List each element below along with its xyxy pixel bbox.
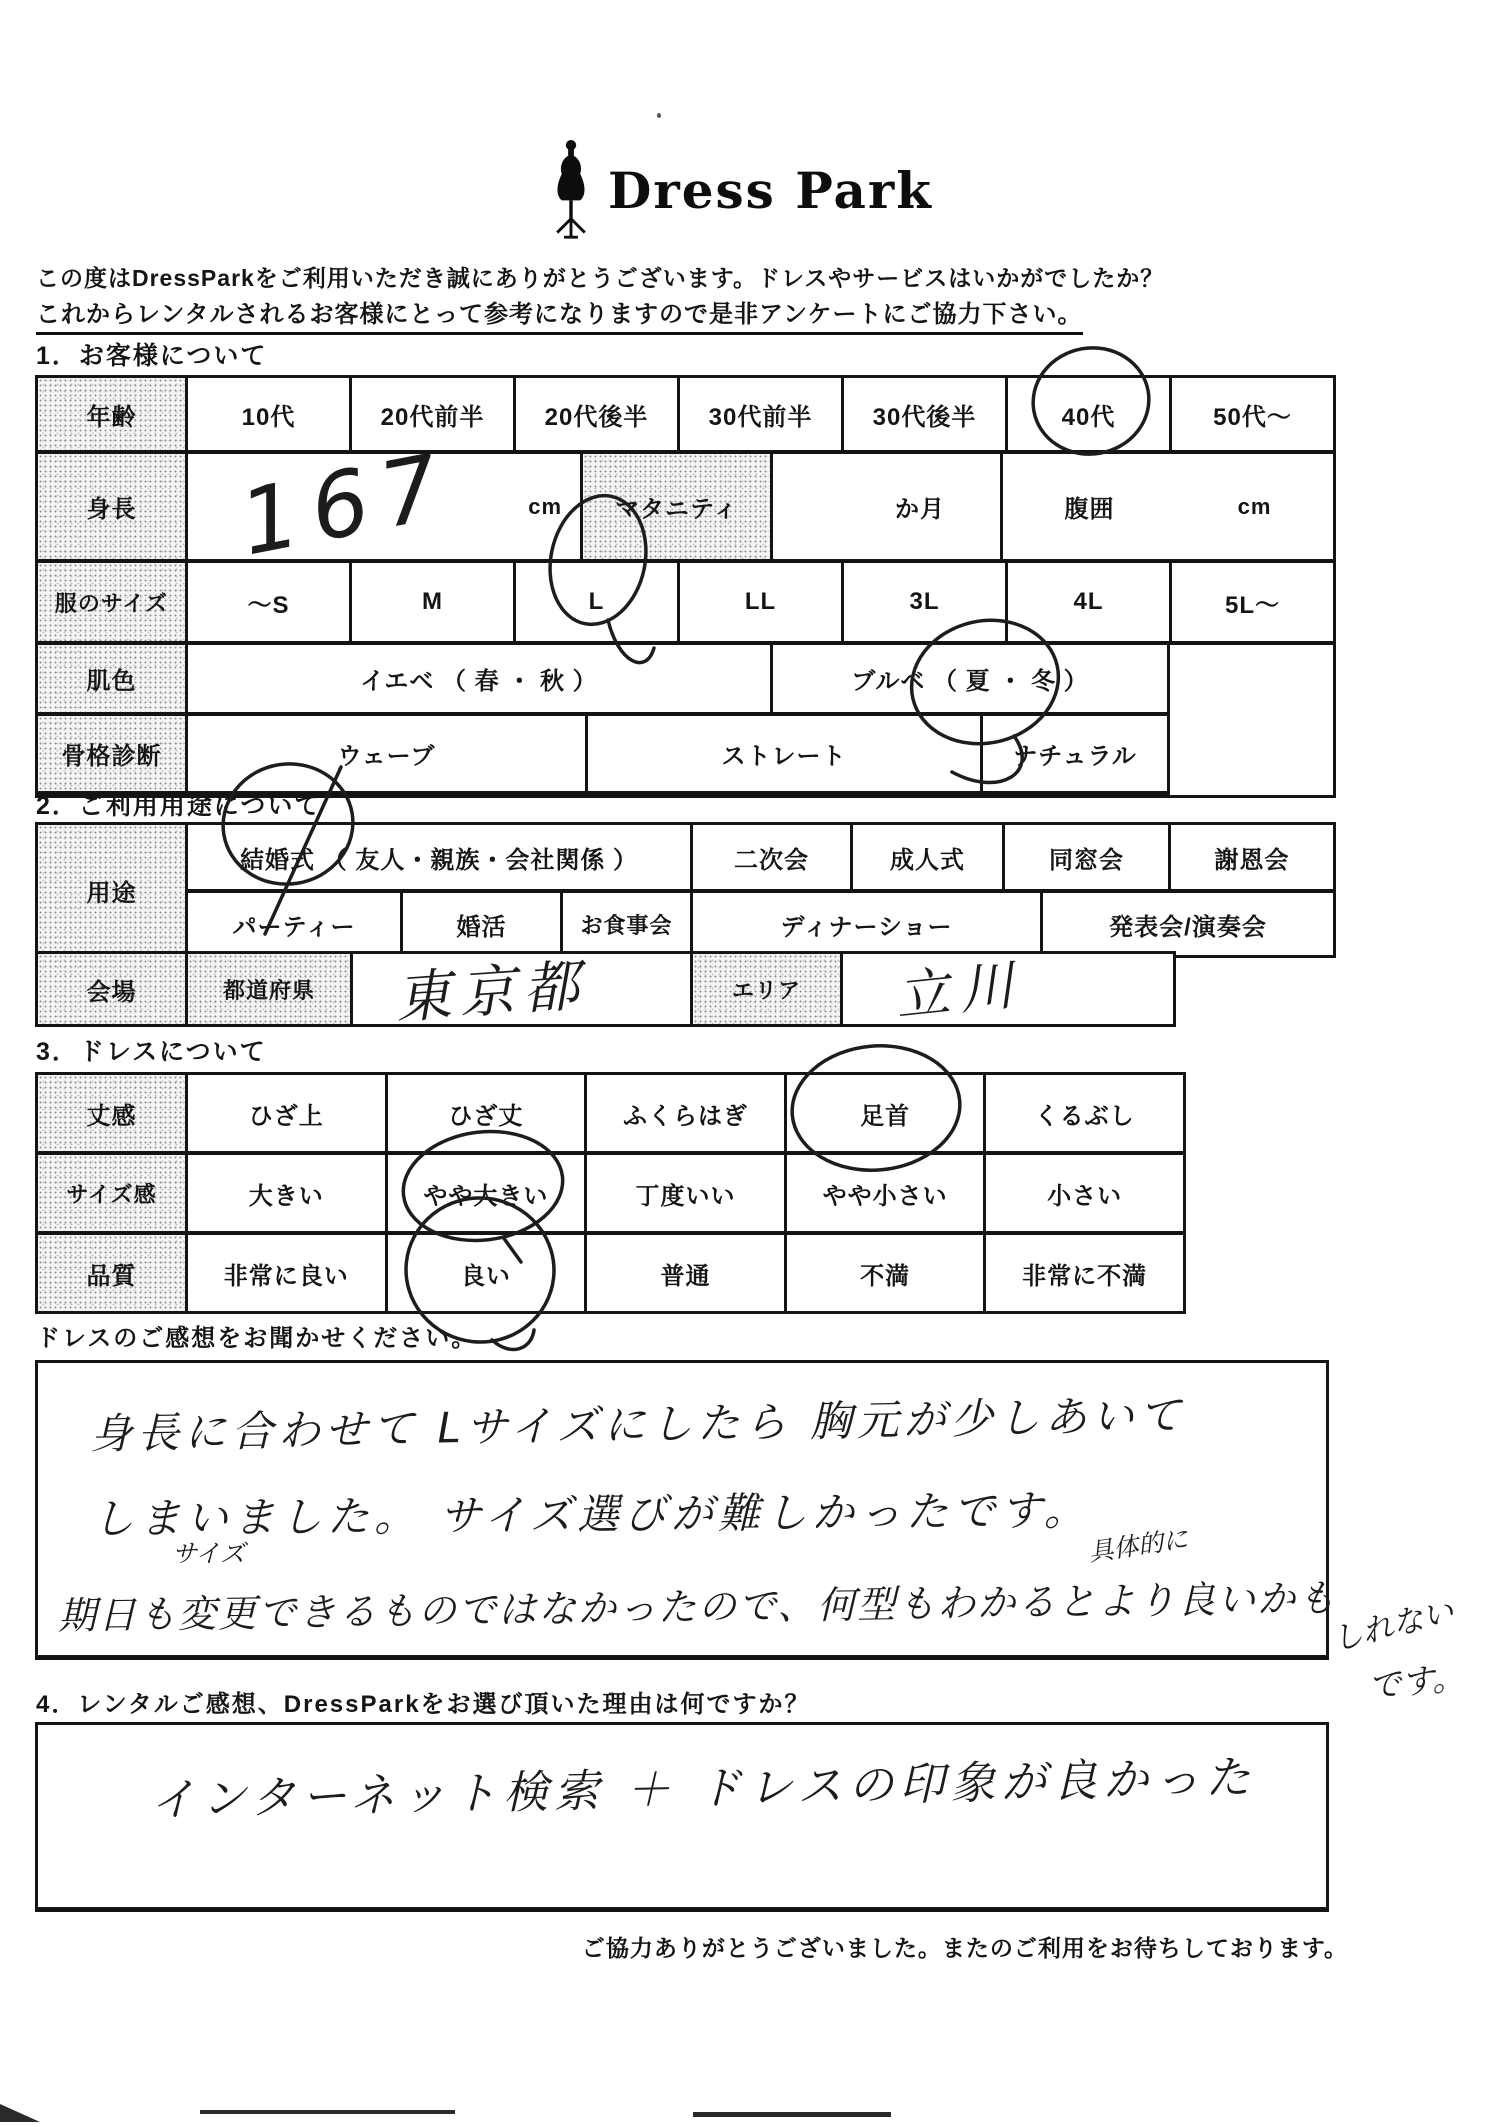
skin-label: 肌色 (38, 645, 188, 712)
usage-recital: 発表会/演奏会 (1043, 893, 1333, 955)
age-option-40s: 40代 (1008, 378, 1172, 450)
section2-heading: 2．ご利用用途について (36, 786, 321, 822)
logo: Dress Park (548, 138, 933, 242)
logo-text: Dress Park (608, 161, 933, 220)
closing-message: ご協力ありがとうございました。またのご利用をお待ちしております。 (36, 1930, 1348, 1963)
section3-heading: 3．ドレスについて (36, 1032, 267, 1068)
skin-option-bulbe: ブルベ （ 夏 ・ 冬 ） (773, 645, 1167, 712)
handwritten-prefecture: 東京都 (392, 941, 589, 1034)
size-option-ll: LL (680, 563, 844, 641)
fit-label: サイズ感 (38, 1155, 188, 1231)
skeleton-label: 骨格診断 (38, 716, 188, 791)
waist-cell: 腹囲 cm (1003, 454, 1333, 559)
length-above-knee: ひざ上 (188, 1075, 388, 1151)
length-label: 丈感 (38, 1075, 188, 1151)
section1-heading: 1．お客様について (36, 336, 267, 372)
size-option-m: M (352, 563, 516, 641)
skin-option-yebe: イエベ （ 春 ・ 秋 ） (188, 645, 773, 712)
size-option-3l: 3L (844, 563, 1008, 641)
quality-label: 品質 (38, 1235, 188, 1311)
scan-artifact-corner (0, 2098, 40, 2122)
height-label: 身長 (38, 454, 188, 559)
age-option-late30s: 30代後半 (844, 378, 1008, 450)
circle-good-tail (492, 1330, 534, 1349)
scan-speck (657, 113, 661, 118)
usage-row-1: 結婚式 （ 友人・親族・会社関係 ） 二次会 成人式 同窓会 謝恩会 (188, 825, 1333, 893)
intro-line-1: この度はDressParkをご利用いただき誠にありがとうございます。ドレスやサー… (36, 260, 1164, 293)
dress-form-icon (548, 138, 594, 242)
age-label: 年齢 (38, 378, 188, 450)
questionnaire-page: Dress Park この度はDressParkをご利用いただき誠にありがとうご… (0, 0, 1500, 2127)
handwritten-area: 立川 (891, 942, 1026, 1032)
waist-label: 腹囲 (1065, 489, 1115, 524)
intro-line-2: これからレンタルされるお客様にとって参考になりますので是非アンケートにご協力下さ… (36, 294, 1083, 335)
quality-dissatisfied: 不満 (787, 1235, 987, 1311)
fit-slightly-big: やや大きい (388, 1155, 588, 1231)
usage-options: 結婚式 （ 友人・親族・会社関係 ） 二次会 成人式 同窓会 謝恩会 パーティー… (188, 825, 1333, 955)
length-calf: ふくらはぎ (587, 1075, 787, 1151)
age-option-10s: 10代 (188, 378, 352, 450)
usage-row-2: パーティー 婚活 お食事会 ディナーショー 発表会/演奏会 (188, 893, 1333, 955)
usage-wedding: 結婚式 （ 友人・親族・会社関係 ） (188, 825, 693, 889)
length-anklebone: くるぶし (986, 1075, 1183, 1151)
length-row: 丈感 ひざ上 ひざ丈 ふくらはぎ 足首 くるぶし (38, 1075, 1183, 1155)
usage-reunion: 同窓会 (1005, 825, 1171, 889)
usage-afterparty: 二次会 (693, 825, 853, 889)
months-label: か月 (895, 489, 945, 524)
maternity-label: マタニティ (583, 454, 773, 559)
waist-unit: cm (1238, 494, 1272, 520)
age-row: 年齢 10代 20代前半 20代後半 30代前半 30代後半 40代 50代～ (38, 378, 1333, 454)
usage-table: 用途 結婚式 （ 友人・親族・会社関係 ） 二次会 成人式 同窓会 謝恩会 パー… (35, 822, 1336, 958)
skeleton-option-wave: ウェーブ (188, 716, 588, 791)
maternity-months-cell: か月 (773, 454, 1003, 559)
age-option-50s: 50代～ (1172, 378, 1333, 450)
venue-label: 会場 (38, 954, 188, 1024)
usage-label: 用途 (38, 825, 188, 955)
fit-small: 小さい (986, 1155, 1183, 1231)
size-option-s: ～S (188, 563, 352, 641)
size-label: 服のサイズ (38, 563, 188, 641)
area-label: エリア (693, 954, 843, 1024)
prefecture-label: 都道府県 (188, 954, 353, 1024)
age-option-early30s: 30代前半 (680, 378, 844, 450)
handwritten-insert-size: サイズ (172, 1534, 245, 1570)
age-option-late20s: 20代後半 (516, 378, 680, 450)
usage-thanksparty: 謝恩会 (1171, 825, 1333, 889)
size-option-4l: 4L (1008, 563, 1172, 641)
quality-normal: 普通 (587, 1235, 787, 1311)
usage-comingofage: 成人式 (853, 825, 1005, 889)
size-option-l: L (516, 563, 680, 641)
skin-row: 肌色 イエベ （ 春 ・ 秋 ） ブルベ （ 夏 ・ 冬 ） (38, 645, 1170, 716)
fit-slightly-small: やや小さい (787, 1155, 987, 1231)
skeleton-option-straight: ストレート (588, 716, 983, 791)
section4-heading: 4．レンタルご感想、DressParkをお選び頂いた理由は何ですか？ (36, 1684, 811, 1719)
fit-just-right: 丁度いい (587, 1155, 787, 1231)
height-unit: cm (528, 494, 562, 520)
length-knee: ひざ丈 (388, 1075, 588, 1151)
skeleton-row: 骨格診断 ウェーブ ストレート ナチュラル (38, 716, 1170, 795)
quality-very-good: 非常に良い (188, 1235, 388, 1311)
height-row: 身長 cm マタニティ か月 腹囲 cm (38, 454, 1333, 563)
quality-good: 良い (388, 1235, 588, 1311)
scan-artifact-line2 (693, 2112, 891, 2117)
quality-very-dissatisfied: 非常に不満 (986, 1235, 1183, 1311)
size-option-5l: 5L～ (1172, 563, 1333, 641)
usage-party: パーティー (188, 893, 403, 955)
quality-row: 品質 非常に良い 良い 普通 不満 非常に不満 (38, 1235, 1183, 1311)
length-ankle: 足首 (787, 1075, 987, 1151)
customer-table: 年齢 10代 20代前半 20代後半 30代前半 30代後半 40代 50代～ … (35, 375, 1336, 798)
size-row: 服のサイズ ～S M L LL 3L 4L 5L～ (38, 563, 1333, 645)
dress-table: 丈感 ひざ上 ひざ丈 ふくらはぎ 足首 くるぶし サイズ感 大きい やや大きい … (35, 1072, 1186, 1314)
fit-big: 大きい (188, 1155, 388, 1231)
handwritten-overflow-1: しれない (1326, 1586, 1457, 1660)
feedback-prompt: ドレスのご感想をお聞かせください。 (36, 1318, 477, 1353)
handwritten-overflow-2: です。 (1366, 1651, 1467, 1708)
skeleton-option-natural: ナチュラル (983, 716, 1167, 791)
scan-artifact-line1 (200, 2110, 455, 2114)
fit-row: サイズ感 大きい やや大きい 丁度いい やや小さい 小さい (38, 1155, 1183, 1235)
